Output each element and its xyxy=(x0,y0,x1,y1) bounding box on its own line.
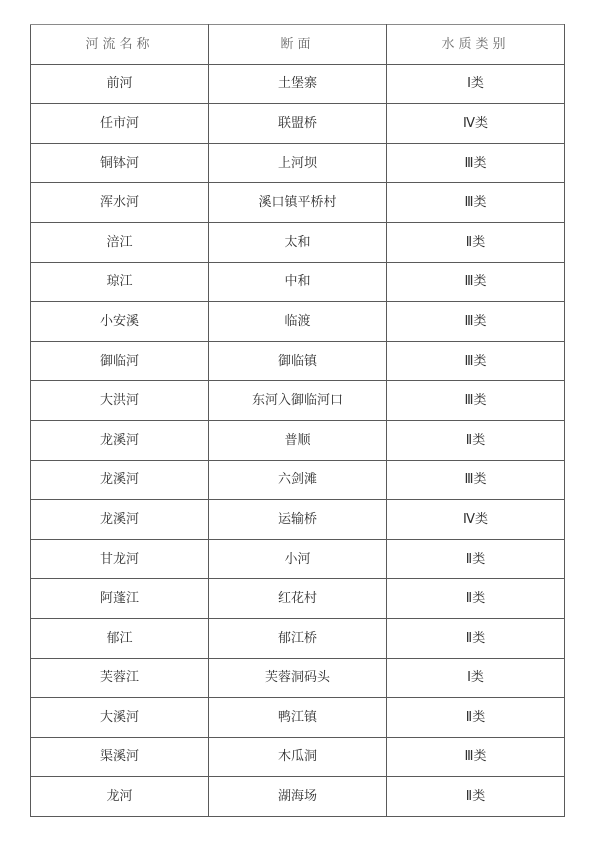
table-row: 铜钵河上河坝Ⅲ类 xyxy=(31,143,565,183)
section-cell: 湖海场 xyxy=(209,777,387,817)
section-cell: 土堡寨 xyxy=(209,64,387,104)
section-cell: 红花村 xyxy=(209,579,387,619)
table-row: 芙蓉江芙蓉洞码头Ⅰ类 xyxy=(31,658,565,698)
water-quality-cell: Ⅲ类 xyxy=(387,262,565,302)
water-quality-cell: Ⅱ类 xyxy=(387,579,565,619)
water-quality-cell: Ⅲ类 xyxy=(387,143,565,183)
section-cell: 芙蓉洞码头 xyxy=(209,658,387,698)
river-name-cell: 龙溪河 xyxy=(31,500,209,540)
section-cell: 普顺 xyxy=(209,420,387,460)
table-row: 龙溪河六剑滩Ⅲ类 xyxy=(31,460,565,500)
table-row: 小安溪临渡Ⅲ类 xyxy=(31,302,565,342)
table-row: 甘龙河小河Ⅱ类 xyxy=(31,539,565,579)
section-cell: 临渡 xyxy=(209,302,387,342)
river-name-cell: 芙蓉江 xyxy=(31,658,209,698)
water-quality-cell: Ⅲ类 xyxy=(387,183,565,223)
table-row: 郁江郁江桥Ⅱ类 xyxy=(31,618,565,658)
section-cell: 六剑滩 xyxy=(209,460,387,500)
table-row: 御临河御临镇Ⅲ类 xyxy=(31,341,565,381)
river-name-cell: 大洪河 xyxy=(31,381,209,421)
section-cell: 东河入御临河口 xyxy=(209,381,387,421)
water-quality-cell: Ⅳ类 xyxy=(387,500,565,540)
water-quality-cell: Ⅲ类 xyxy=(387,302,565,342)
table-row: 大溪河鸭江镇Ⅱ类 xyxy=(31,698,565,738)
water-quality-cell: Ⅱ类 xyxy=(387,222,565,262)
water-quality-cell: Ⅱ类 xyxy=(387,420,565,460)
river-name-cell: 御临河 xyxy=(31,341,209,381)
water-quality-cell: Ⅲ类 xyxy=(387,737,565,777)
water-quality-cell: Ⅲ类 xyxy=(387,381,565,421)
water-quality-cell: Ⅰ类 xyxy=(387,64,565,104)
river-name-cell: 琼江 xyxy=(31,262,209,302)
river-name-cell: 渠溪河 xyxy=(31,737,209,777)
section-cell: 运输桥 xyxy=(209,500,387,540)
river-name-cell: 任市河 xyxy=(31,104,209,144)
river-name-cell: 龙溪河 xyxy=(31,420,209,460)
table-row: 龙河湖海场Ⅱ类 xyxy=(31,777,565,817)
header-section: 断面 xyxy=(209,25,387,65)
section-cell: 太和 xyxy=(209,222,387,262)
section-cell: 溪口镇平桥村 xyxy=(209,183,387,223)
table-row: 任市河联盟桥Ⅳ类 xyxy=(31,104,565,144)
table-row: 大洪河东河入御临河口Ⅲ类 xyxy=(31,381,565,421)
table-row: 龙溪河普顺Ⅱ类 xyxy=(31,420,565,460)
water-quality-cell: Ⅰ类 xyxy=(387,658,565,698)
river-name-cell: 小安溪 xyxy=(31,302,209,342)
water-quality-cell: Ⅱ类 xyxy=(387,618,565,658)
table-row: 前河土堡寨Ⅰ类 xyxy=(31,64,565,104)
section-cell: 中和 xyxy=(209,262,387,302)
header-row: 河流名称 断面 水质类别 xyxy=(31,25,565,65)
river-name-cell: 大溪河 xyxy=(31,698,209,738)
river-name-cell: 阿蓬江 xyxy=(31,579,209,619)
table-row: 渠溪河木瓜洞Ⅲ类 xyxy=(31,737,565,777)
river-name-cell: 甘龙河 xyxy=(31,539,209,579)
water-quality-cell: Ⅲ类 xyxy=(387,341,565,381)
section-cell: 小河 xyxy=(209,539,387,579)
section-cell: 郁江桥 xyxy=(209,618,387,658)
water-quality-cell: Ⅳ类 xyxy=(387,104,565,144)
table-body: 前河土堡寨Ⅰ类任市河联盟桥Ⅳ类铜钵河上河坝Ⅲ类浑水河溪口镇平桥村Ⅲ类涪江太和Ⅱ类… xyxy=(31,64,565,816)
water-quality-cell: Ⅱ类 xyxy=(387,777,565,817)
table-row: 涪江太和Ⅱ类 xyxy=(31,222,565,262)
section-cell: 鸭江镇 xyxy=(209,698,387,738)
section-cell: 御临镇 xyxy=(209,341,387,381)
table-row: 阿蓬江红花村Ⅱ类 xyxy=(31,579,565,619)
river-name-cell: 浑水河 xyxy=(31,183,209,223)
water-quality-cell: Ⅱ类 xyxy=(387,539,565,579)
river-name-cell: 前河 xyxy=(31,64,209,104)
header-river-name: 河流名称 xyxy=(31,25,209,65)
section-cell: 上河坝 xyxy=(209,143,387,183)
header-water-quality: 水质类别 xyxy=(387,25,565,65)
section-cell: 木瓜洞 xyxy=(209,737,387,777)
river-name-cell: 涪江 xyxy=(31,222,209,262)
river-name-cell: 龙溪河 xyxy=(31,460,209,500)
river-name-cell: 龙河 xyxy=(31,777,209,817)
table-row: 琼江中和Ⅲ类 xyxy=(31,262,565,302)
river-name-cell: 铜钵河 xyxy=(31,143,209,183)
table-header: 河流名称 断面 水质类别 xyxy=(31,25,565,65)
water-quality-cell: Ⅱ类 xyxy=(387,698,565,738)
river-name-cell: 郁江 xyxy=(31,618,209,658)
water-quality-table: 河流名称 断面 水质类别 前河土堡寨Ⅰ类任市河联盟桥Ⅳ类铜钵河上河坝Ⅲ类浑水河溪… xyxy=(30,24,565,817)
table-row: 龙溪河运输桥Ⅳ类 xyxy=(31,500,565,540)
table-row: 浑水河溪口镇平桥村Ⅲ类 xyxy=(31,183,565,223)
section-cell: 联盟桥 xyxy=(209,104,387,144)
water-quality-cell: Ⅲ类 xyxy=(387,460,565,500)
